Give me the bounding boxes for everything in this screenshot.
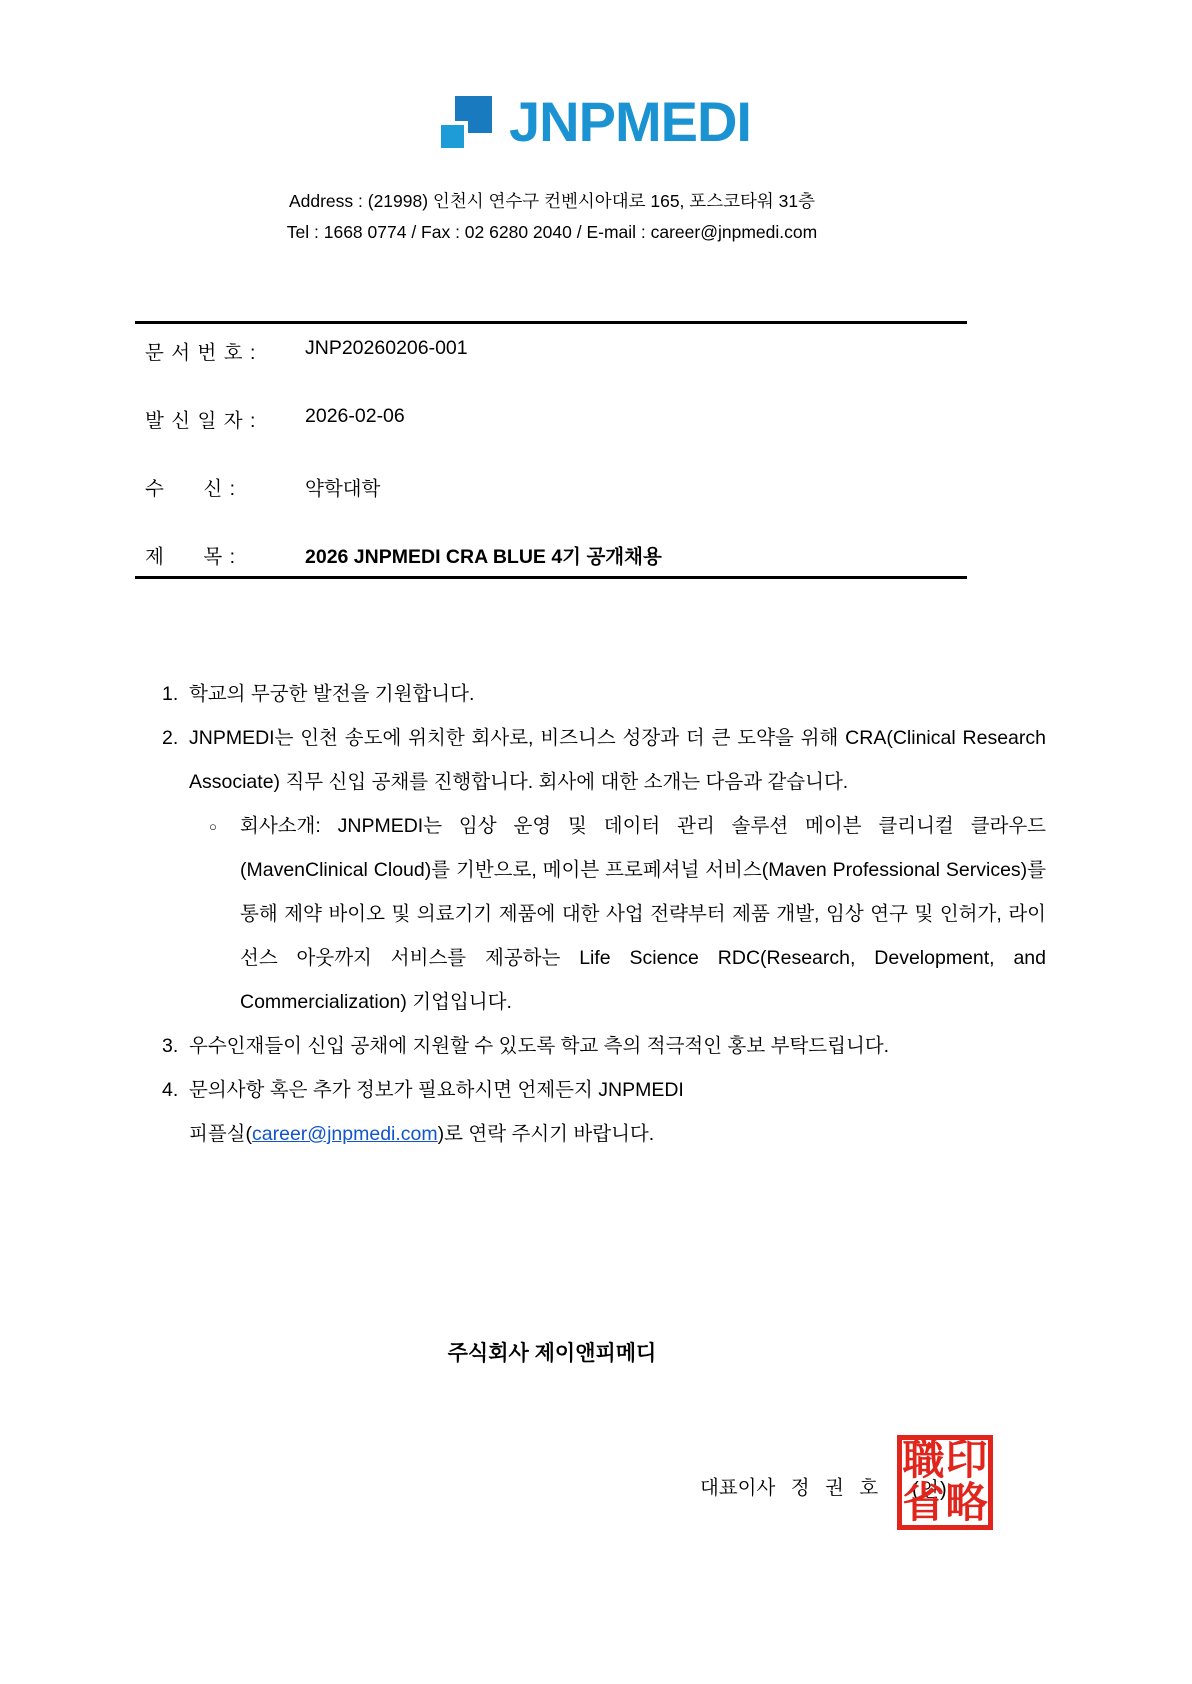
text-segment: JNPMEDI는 인천 송도에 위치한 회사로, 비즈니스 성장과 더 큰 도약… — [189, 727, 1046, 793]
sub-list-item: ○회사소개: JNPMEDI는 임상 운영 및 데이터 관리 솔루션 메이븐 클… — [209, 804, 1046, 1024]
list-item-text: 학교의 무궁한 발전을 기원합니다. — [189, 672, 1046, 716]
meta-label: 문 서 번 호 : — [145, 342, 256, 364]
list-item: 3.우수인재들이 신입 공채에 지원할 수 있도록 학교 측의 적극적인 홍보 … — [162, 1024, 1046, 1068]
list-number: 3. — [162, 1024, 189, 1068]
body-list: 1.학교의 무궁한 발전을 기원합니다.2.JNPMEDI는 인천 송도에 위치… — [162, 672, 1046, 1156]
list-item-text: 우수인재들이 신입 공채에 지원할 수 있도록 학교 측의 적극적인 홍보 부탁… — [189, 1024, 1046, 1068]
meta-value: 약학대학 — [305, 473, 380, 501]
company-logo: JNPMEDI — [0, 96, 1192, 150]
meta-label: 발 신 일 자 : — [145, 410, 256, 432]
header-address-block: Address : (21998) 인천시 연수구 컨벤시아대로 165, 포스… — [137, 186, 967, 248]
sub-bullet-icon: ○ — [209, 805, 240, 849]
text-segment: )로 연락 주시기 바랍니다. — [438, 1123, 655, 1145]
meta-row: 발 신 일 자 :2026-02-06 — [145, 405, 1045, 473]
meta-row: 제 목 :2026 JNPMEDI CRA BLUE 4기 공개채용 — [145, 541, 1045, 609]
list-number: 4. — [162, 1068, 189, 1112]
stamp-char: 略 — [945, 1483, 988, 1526]
text-segment: 문의사항 혹은 추가 정보가 필요하시면 언제든지 JNPMEDI — [189, 1079, 684, 1101]
meta-value: 2026 JNPMEDI CRA BLUE 4기 공개채용 — [305, 541, 662, 569]
list-item: 4.문의사항 혹은 추가 정보가 필요하시면 언제든지 JNPMEDI피플실(c… — [162, 1068, 1046, 1156]
sub-item-text: 회사소개: JNPMEDI는 임상 운영 및 데이터 관리 솔루션 메이븐 클리… — [240, 804, 1046, 1024]
list-number: 2. — [162, 716, 189, 760]
document-page: JNPMEDI Address : (21998) 인천시 연수구 컨벤시아대로… — [0, 0, 1192, 1684]
divider-top — [135, 321, 967, 324]
meta-row: 문 서 번 호 :JNP20260206-001 — [145, 337, 1045, 405]
meta-row: 수 신 :약학대학 — [145, 473, 1045, 541]
logo-squares-icon — [441, 96, 493, 150]
ceo-signature: 대표이사 정 권 호 — [700, 1472, 878, 1500]
logo-wordmark: JNPMEDI — [509, 96, 751, 148]
list-item: 2.JNPMEDI는 인천 송도에 위치한 회사로, 비즈니스 성장과 더 큰 … — [162, 716, 1046, 804]
address-line: Address : (21998) 인천시 연수구 컨벤시아대로 165, 포스… — [137, 186, 967, 217]
text-segment: 피플실( — [189, 1123, 252, 1145]
meta-value: JNP20260206-001 — [305, 337, 468, 360]
meta-value: 2026-02-06 — [305, 405, 405, 428]
meta-label: 수 신 : — [145, 478, 236, 500]
stamp-char: 職 — [902, 1440, 945, 1483]
contact-line: Tel : 1668 0774 / Fax : 02 6280 2040 / E… — [137, 217, 967, 248]
stamp-char: 省 — [902, 1483, 945, 1526]
company-name: 주식회사 제이앤피메디 — [137, 1337, 967, 1367]
seal-omitted-stamp: 職印省略 — [897, 1435, 993, 1530]
document-meta: 문 서 번 호 :JNP20260206-001발 신 일 자 :2026-02… — [145, 337, 1045, 609]
meta-label: 제 목 : — [145, 546, 236, 568]
text-segment: 학교의 무궁한 발전을 기원합니다. — [189, 683, 474, 705]
stamp-char: 印 — [945, 1440, 988, 1483]
list-item: 1.학교의 무궁한 발전을 기원합니다. — [162, 672, 1046, 716]
text-segment: 회사소개: JNPMEDI는 임상 운영 및 데이터 관리 솔루션 메이븐 클리… — [240, 815, 1046, 1013]
email-link[interactable]: career@jnpmedi.com — [252, 1123, 438, 1145]
logo-square-small — [441, 125, 464, 148]
list-item-text: JNPMEDI는 인천 송도에 위치한 회사로, 비즈니스 성장과 더 큰 도약… — [189, 716, 1046, 804]
list-number: 1. — [162, 672, 189, 716]
text-segment: 우수인재들이 신입 공채에 지원할 수 있도록 학교 측의 적극적인 홍보 부탁… — [189, 1035, 889, 1057]
list-item-text: 문의사항 혹은 추가 정보가 필요하시면 언제든지 JNPMEDI피플실(car… — [189, 1068, 1046, 1156]
